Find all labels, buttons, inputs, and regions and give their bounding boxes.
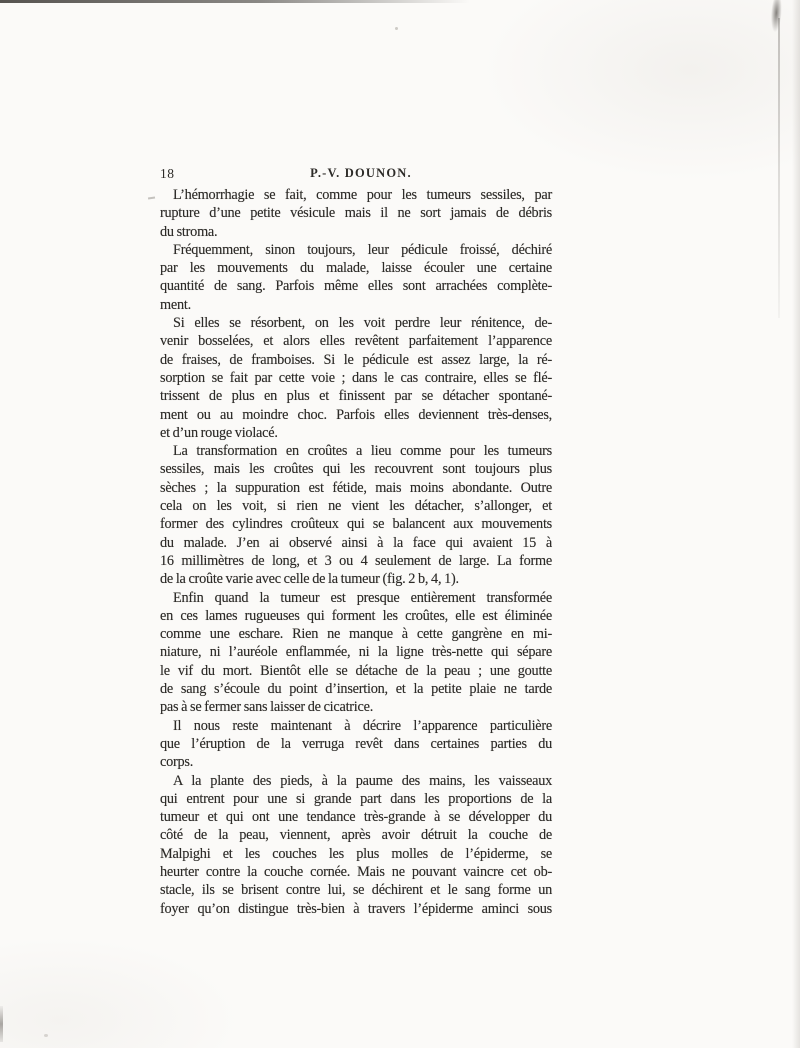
text-line: Si elles se résorbent, on les voit perdr…	[160, 314, 552, 332]
scan-artifact-speck	[395, 27, 398, 30]
text-line: le vif du mort. Bientôt elle se détache …	[160, 662, 552, 680]
text-line: Fréquemment, sinon toujours, leur pédicu…	[160, 241, 552, 259]
scan-artifact-top-edge	[0, 0, 470, 3]
text-line: de fraises, de framboises. Si le pédicul…	[160, 351, 552, 369]
text-line: foyer qu’on distingue très-bien à traver…	[160, 900, 552, 918]
text-line: par les mouvements du malade, laisse éco…	[160, 259, 552, 277]
running-title: P.-V. DOUNON.	[160, 166, 552, 181]
text-line: stacle, ils se brisent contre lui, se dé…	[160, 881, 552, 899]
text-line: du stroma.	[160, 223, 552, 241]
running-head: 18 P.-V. DOUNON.	[160, 166, 552, 181]
text-line: corps.	[160, 753, 552, 771]
text-line: venir bosselées, et alors elles revêtent…	[160, 332, 552, 350]
page-text: L’hémorrhagie se fait, comme pour les tu…	[160, 186, 552, 918]
text-line: 16 millimètres de long, et 3 ou 4 seulem…	[160, 552, 552, 570]
text-line: ment.	[160, 296, 552, 314]
text-line: de sang s’écoule du point d’insertion, e…	[160, 680, 552, 698]
text-line: comme une eschare. Rien ne manque à cett…	[160, 625, 552, 643]
text-line: du malade. J’en ai observé ainsi à la fa…	[160, 534, 552, 552]
scan-artifact-margin-dash	[148, 197, 155, 199]
text-line: heurter contre la couche cornée. Mais ne…	[160, 863, 552, 881]
text-line: sessiles, mais les croûtes qui les recou…	[160, 460, 552, 478]
text-line: tumeur et qui ont une tendance très-gran…	[160, 808, 552, 826]
scan-artifact-bottom-left-mark	[0, 1006, 3, 1042]
text-line: former des cylindres croûteux qui se bal…	[160, 515, 552, 533]
text-line: L’hémorrhagie se fait, comme pour les tu…	[160, 186, 552, 204]
book-page: 18 P.-V. DOUNON. L’hémorrhagie se fait, …	[0, 0, 800, 1048]
text-line: Malpighi et les couches les plus molles …	[160, 845, 552, 863]
text-line: Il nous reste maintenant à décrire l’app…	[160, 717, 552, 735]
text-line: sorption se fait par cette voie ; dans l…	[160, 369, 552, 387]
text-line: rupture d’une petite vésicule mais il ne…	[160, 204, 552, 222]
text-line: qui entrent pour une si grande part dans…	[160, 790, 552, 808]
text-line: Enfin quand la tumeur est presque entièr…	[160, 589, 552, 607]
text-line: que l’éruption de la verruga revêt dans …	[160, 735, 552, 753]
text-line: La transformation en croûtes a lieu comm…	[160, 442, 552, 460]
text-line: de la croûte varie avec celle de la tume…	[160, 570, 552, 588]
scan-artifact-speck	[44, 1034, 48, 1037]
text-line: et d’un rouge violacé.	[160, 424, 552, 442]
text-line: ment ou au moindre choc. Parfois elles d…	[160, 406, 552, 424]
scan-artifact-right-edge-line	[778, 18, 780, 318]
text-line: sèches ; la suppuration est fétide, mais…	[160, 479, 552, 497]
text-line: en ces lames rugueuses qui forment les c…	[160, 607, 552, 625]
text-line: niature, ni l’auréole enflammée, ni la l…	[160, 643, 552, 661]
scan-artifact-top-right-smudge	[766, 0, 786, 44]
text-line: trissent de plus en plus et finissent pa…	[160, 387, 552, 405]
text-line: côté de la peau, viennent, après avoir d…	[160, 826, 552, 844]
page-number: 18	[160, 166, 175, 181]
scan-artifact-right-edge-shadow	[792, 0, 800, 1048]
text-line: A la plante des pieds, à la paume des ma…	[160, 772, 552, 790]
text-line: pas à se fermer sans laisser de cicatric…	[160, 698, 552, 716]
text-line: cela on les voit, si rien ne vient les d…	[160, 497, 552, 515]
text-line: quantité de sang. Parfois même elles son…	[160, 277, 552, 295]
